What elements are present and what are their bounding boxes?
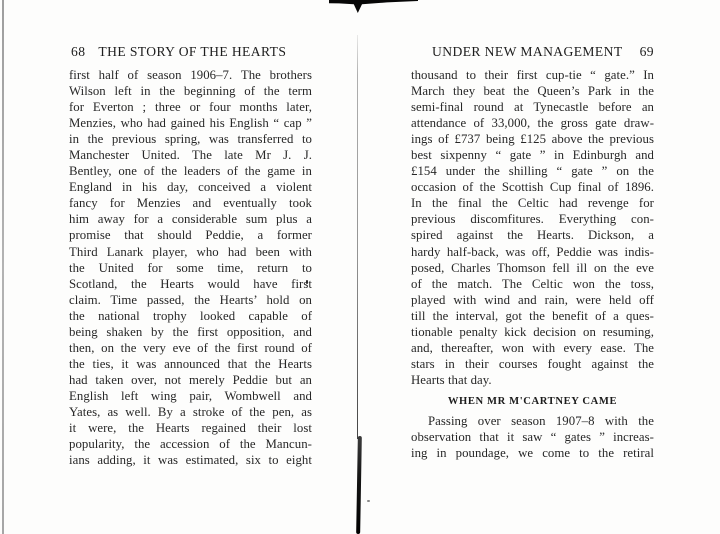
section-heading: WHEN MR M'CARTNEY CAME (411, 395, 654, 408)
text-line: attendance of 33,000, the gross gate dra… (411, 115, 654, 131)
text-line: Passing over season 1907–8 with the (411, 413, 654, 429)
text-line: ings of £737 being £125 above the previo… (411, 131, 654, 147)
text-line: popularity, the accession of the Mancun- (69, 436, 312, 452)
text-line: March they beat the Queen’s Park in the (411, 83, 654, 99)
left-running-head-title: THE STORY OF THE HEARTS (98, 44, 286, 59)
text-line: In the final the Celtic had revenge for (411, 195, 654, 211)
text-line: the ties, it was announced that the Hear… (69, 356, 312, 372)
text-line: semi-final round at Tynecastle before an (411, 99, 654, 115)
text-line: being shaken by the first opposition, an… (69, 324, 312, 340)
text-line: claim. Time passed, the Hearts’ hold on (69, 292, 312, 308)
text-line: posed, Charles Thomson fell ill on the e… (411, 260, 654, 276)
scan-edge-line (2, 0, 4, 534)
text-line: Yates, as well. By a stroke of the pen, … (69, 404, 312, 420)
text-line: Hearts that day. (411, 372, 654, 388)
text-line: first half of season 1906–7. The brother… (69, 67, 312, 83)
text-line: it were, the Hearts regained their lost (69, 420, 312, 436)
spine-gutter-line (357, 35, 359, 439)
text-line: occasion of the Scottish Cup final of 18… (411, 179, 654, 195)
left-running-header: 68 THE STORY OF THE HEARTS (71, 44, 314, 59)
text-line: £154 under the shilling “ gate ” on the (411, 163, 654, 179)
text-line: English left wing pair, Wombwell and (69, 388, 312, 404)
text-line: Manchester United. The late Mr J. J. (69, 147, 312, 163)
text-line: previous discomfitures. Everything con- (411, 211, 654, 227)
text-line: fancy for Menzies and eventually took (69, 195, 312, 211)
text-line: Wilson left in the beginning of the term (69, 83, 312, 99)
text-line: hardy half-back, was off, Peddie was ind… (411, 244, 654, 260)
right-page-paragraph-2: Passing over season 1907–8 with theobser… (411, 413, 654, 461)
text-line: him away for a considerable sum plus a (69, 211, 312, 227)
text-line: had taken over, not merely Peddie but an (69, 372, 312, 388)
text-line: Scotland, the Hearts would have first (69, 276, 312, 292)
left-page-number: 68 (71, 44, 85, 59)
text-line: stars in their courses fought against th… (411, 356, 654, 372)
text-line: and, thereafter, won with every ease. Th… (411, 340, 654, 356)
spine-shadow-top (329, 0, 418, 14)
text-line: for Everton ; three or four months later… (69, 99, 312, 115)
ink-speck (367, 500, 370, 502)
text-line: of the match. The Celtic won the toss, (411, 276, 654, 292)
spine-gutter-shadow (356, 436, 362, 534)
text-line: played with wind and rain, were held off (411, 292, 654, 308)
text-line: best sixpenny “ gate ” in Edinburgh and (411, 147, 654, 163)
text-line: thousand to their first cup-tie “ gate.”… (411, 67, 654, 83)
text-line: ians adding, it was estimated, six to ei… (69, 452, 312, 468)
text-line: the United for some time, return to (69, 260, 312, 276)
text-line: observation that it saw “ gates ” increa… (411, 429, 654, 445)
text-line: Third Lanark player, who had been with (69, 244, 312, 260)
text-line: the national trophy looked capable of (69, 308, 312, 324)
text-line: ing in poundage, we come to the retiral (411, 445, 654, 461)
text-line: Bentley, one of the leaders of the game … (69, 163, 312, 179)
text-line: then, on the very eve of the first round… (69, 340, 312, 356)
text-line: England in his day, conceived a violent (69, 179, 312, 195)
right-running-head-title: UNDER NEW MANAGEMENT (411, 44, 640, 59)
text-line: promise that should Peddie, a former (69, 227, 312, 243)
text-line: in the previous spring, was transferred … (69, 131, 312, 147)
book-scan: 68 THE STORY OF THE HEARTS first half of… (0, 0, 720, 534)
text-line: spired against the Hearts. Dickson, a (411, 227, 654, 243)
right-page-number: 69 (640, 44, 654, 59)
right-running-header: UNDER NEW MANAGEMENT 69 (411, 44, 654, 59)
text-line: till the interval, got the benefit of a … (411, 308, 654, 324)
left-page-text: first half of season 1906–7. The brother… (69, 67, 312, 468)
text-line: tionable penalty kick decision on resumi… (411, 324, 654, 340)
right-page-paragraph-1: thousand to their first cup-tie “ gate.”… (411, 67, 654, 388)
text-line: Menzies, who had gained his English “ ca… (69, 115, 312, 131)
